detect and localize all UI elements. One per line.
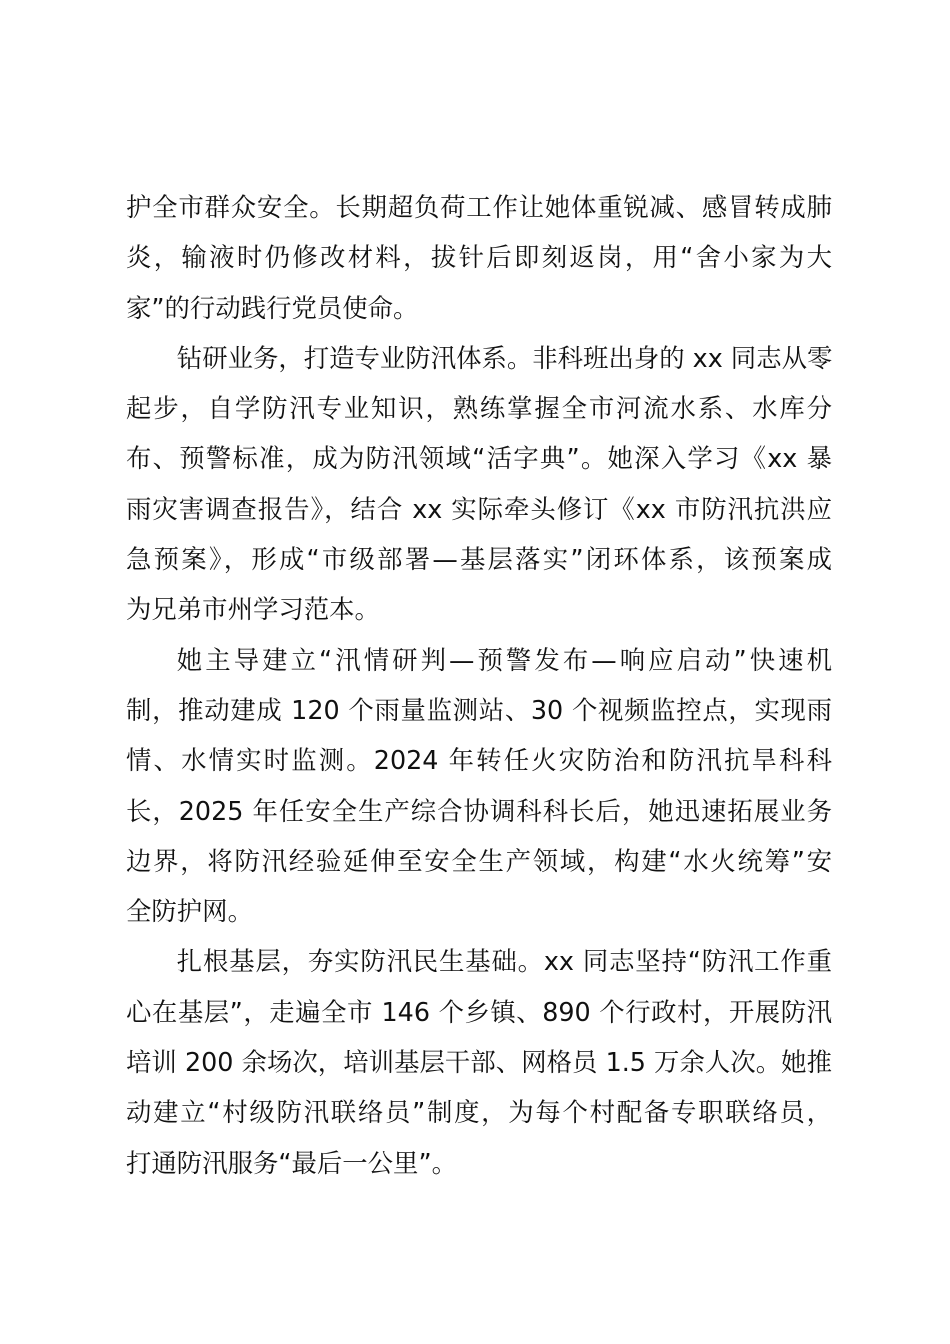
text-line: 培训 200 余场次，培训基层干部、网格员 1.5 万余人次。她推 xyxy=(126,1037,832,1087)
paragraph-1: 护全市群众安全。长期超负荷工作让她体重锐减、感冒转成肺 炎，输液时仍修改材料，拔… xyxy=(126,182,832,333)
text-line: 长，2025 年任安全生产综合协调科科长后，她迅速拓展业务 xyxy=(126,786,832,836)
text-line: 扎根基层，夯实防汛民生基础。xx 同志坚持“防汛工作重 xyxy=(126,936,832,986)
text-line: 急预案》，形成“市级部署—基层落实”闭环体系，该预案成 xyxy=(126,534,832,584)
text-line: 心在基层”，走遍全市 146 个乡镇、890 个行政村，开展防汛 xyxy=(126,987,832,1037)
text-line: 起步，自学防汛专业知识，熟练掌握全市河流水系、水库分 xyxy=(126,383,832,433)
text-line: 布、预警标准，成为防汛领域“活字典”。她深入学习《xx 暴 xyxy=(126,433,832,483)
text-line: 打通防汛服务“最后一公里”。 xyxy=(126,1138,832,1188)
text-line: 情、水情实时监测。2024 年转任火灾防治和防汛抗旱科科 xyxy=(126,735,832,785)
text-line: 全防护网。 xyxy=(126,886,832,936)
text-line: 为兄弟市州学习范本。 xyxy=(126,584,832,634)
text-line: 家”的行动践行党员使命。 xyxy=(126,283,832,333)
text-line: 钻研业务，打造专业防汛体系。非科班出身的 xx 同志从零 xyxy=(126,333,832,383)
text-line: 雨灾害调查报告》，结合 xx 实际牵头修订《xx 市防汛抗洪应 xyxy=(126,484,832,534)
text-line: 炎，输液时仍修改材料，拔针后即刻返岗，用“舍小家为大 xyxy=(126,232,832,282)
paragraph-4: 扎根基层，夯实防汛民生基础。xx 同志坚持“防汛工作重 心在基层”，走遍全市 1… xyxy=(126,936,832,1187)
paragraph-2: 钻研业务，打造专业防汛体系。非科班出身的 xx 同志从零 起步，自学防汛专业知识… xyxy=(126,333,832,635)
text-line: 护全市群众安全。长期超负荷工作让她体重锐减、感冒转成肺 xyxy=(126,182,832,232)
text-line: 制，推动建成 120 个雨量监测站、30 个视频监控点，实现雨 xyxy=(126,685,832,735)
text-line: 边界，将防汛经验延伸至安全生产领域，构建“水火统筹”安 xyxy=(126,836,832,886)
text-line: 动建立“村级防汛联络员”制度，为每个村配备专职联络员， xyxy=(126,1087,832,1137)
document-page: 护全市群众安全。长期超负荷工作让她体重锐减、感冒转成肺 炎，输液时仍修改材料，拔… xyxy=(126,182,832,1188)
text-line: 她主导建立“汛情研判—预警发布—响应启动”快速机 xyxy=(126,635,832,685)
paragraph-3: 她主导建立“汛情研判—预警发布—响应启动”快速机 制，推动建成 120 个雨量监… xyxy=(126,635,832,937)
